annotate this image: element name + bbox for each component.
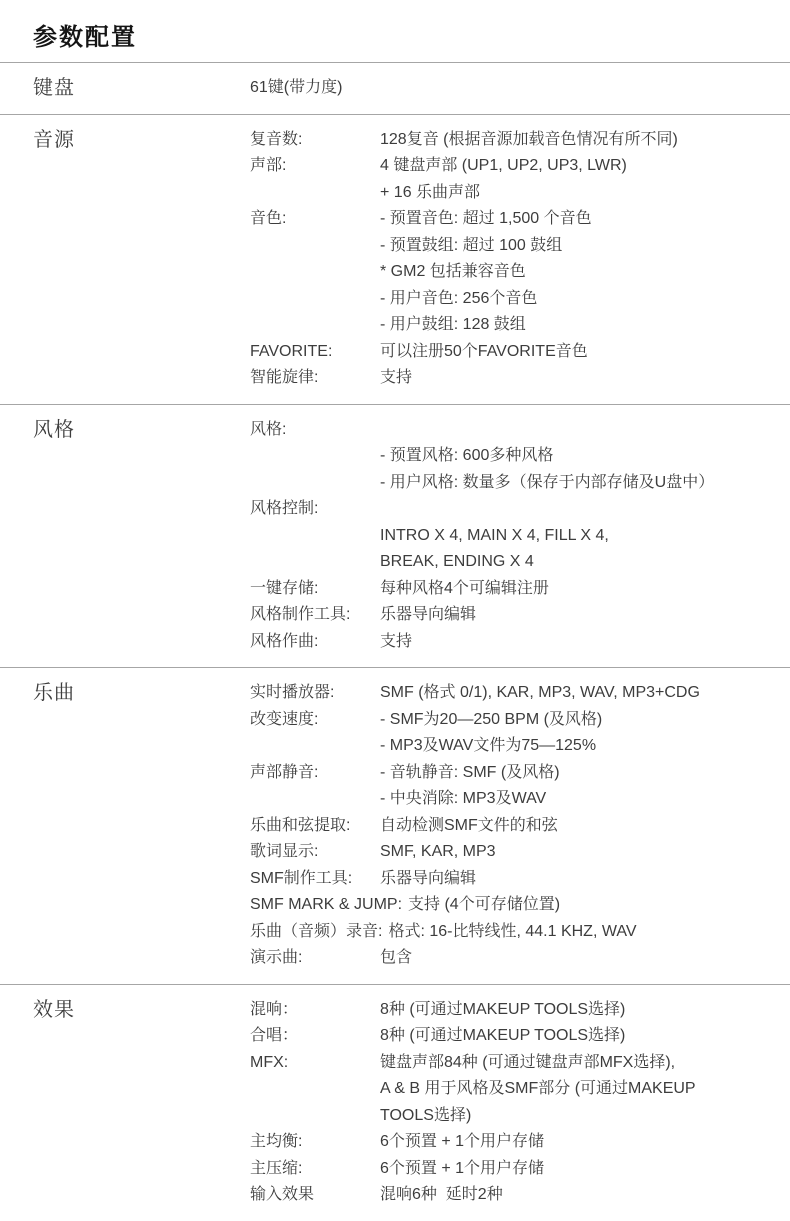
section-name: 键盘: [0, 75, 250, 102]
spec-value: 6个预置 + 1个用户存储: [380, 1156, 790, 1183]
spec-label: 主均衡:: [250, 1129, 380, 1156]
spec-label: 混响：: [250, 997, 380, 1024]
section-rows: 复音数: 128复音 (根据音源加载音色情况有所不同) 声部: 4 键盘声部 (…: [250, 127, 790, 392]
spec-value: - 中央消除: MP3及WAV: [380, 786, 790, 813]
spec-label: 复音数:: [250, 127, 380, 154]
spec-row: A & B 用于风格及SMF部分 (可通过MAKEUP: [250, 1076, 790, 1103]
spec-row: 风格:: [250, 417, 790, 444]
spec-value: + 16 乐曲声部: [380, 180, 790, 207]
spec-row: 风格制作工具: 乐器导向编辑: [250, 602, 790, 629]
spec-row: + 16 乐曲声部: [250, 180, 790, 207]
spec-row: 一键存储: 每种风格4个可编辑注册: [250, 576, 790, 603]
spec-label: 乐曲（音频）录音:: [250, 919, 388, 946]
spec-value: - 用户音色: 256个音色: [380, 286, 790, 313]
spec-section: 音源 复音数: 128复音 (根据音源加载音色情况有所不同) 声部: 4 键盘声…: [0, 115, 790, 405]
spec-value: BREAK, ENDING X 4: [380, 549, 790, 576]
spec-row: 风格控制:: [250, 496, 790, 523]
spec-row: 演示曲: 包含: [250, 945, 790, 972]
spec-row: 主压缩: 6个预置 + 1个用户存储: [250, 1156, 790, 1183]
spec-section: 乐曲 实时播放器: SMF (格式 0/1), KAR, MP3, WAV, M…: [0, 668, 790, 985]
spec-row: TOOLS选择): [250, 1103, 790, 1130]
spec-row: FAVORITE: 可以注册50个FAVORITE音色: [250, 339, 790, 366]
spec-label: FAVORITE:: [250, 339, 380, 366]
spec-value: - 预置风格: 600多种风格: [380, 443, 790, 470]
section-name: 乐曲: [0, 680, 250, 707]
section-rows: 混响： 8种 (可通过MAKEUP TOOLS选择) 合唱： 8种 (可通过MA…: [250, 997, 790, 1209]
spec-value: - 音轨静音: SMF (及风格): [380, 760, 790, 787]
page-title: 参数配置: [0, 0, 790, 62]
spec-label: 声部:: [250, 153, 380, 180]
spec-value: - 预置音色: 超过 1,500 个音色: [380, 206, 790, 233]
section-name: 效果: [0, 997, 250, 1024]
spec-row: 智能旋律: 支持: [250, 365, 790, 392]
spec-label: 61键(带力度): [250, 75, 380, 102]
spec-label: 歌词显示:: [250, 839, 380, 866]
spec-row: 乐曲（音频）录音: 格式: 16-比特线性, 44.1 KHZ, WAV: [250, 919, 790, 946]
spec-row: - 中央消除: MP3及WAV: [250, 786, 790, 813]
spec-value: - 用户风格: 数量多（保存于内部存储及U盘中）: [380, 470, 790, 497]
section-rows: 风格: - 预置风格: 600多种风格 - 用户风格: 数量多（保存于内部存储及…: [250, 417, 790, 656]
spec-label: SMF制作工具:: [250, 866, 380, 893]
spec-row: 实时播放器: SMF (格式 0/1), KAR, MP3, WAV, MP3+…: [250, 680, 790, 707]
spec-row: 改变速度: - SMF为20—250 BPM (及风格): [250, 707, 790, 734]
spec-table: 键盘 61键(带力度) 音源 复音数: 128复音 (根据音源加载音色情况有所不…: [0, 62, 790, 1221]
spec-row: - 用户音色: 256个音色: [250, 286, 790, 313]
spec-label: 风格作曲:: [250, 629, 380, 656]
spec-row: 61键(带力度): [250, 75, 790, 102]
spec-row: MFX: 键盘声部84种 (可通过键盘声部MFX选择),: [250, 1050, 790, 1077]
spec-label: 演示曲:: [250, 945, 380, 972]
spec-value: - 用户鼓组: 128 鼓组: [380, 312, 790, 339]
spec-row: - 用户风格: 数量多（保存于内部存储及U盘中）: [250, 470, 790, 497]
spec-row: 风格作曲: 支持: [250, 629, 790, 656]
spec-label: 主压缩:: [250, 1156, 380, 1183]
spec-value: - SMF为20—250 BPM (及风格): [380, 707, 790, 734]
spec-value: SMF (格式 0/1), KAR, MP3, WAV, MP3+CDG: [380, 680, 790, 707]
spec-section: 键盘 61键(带力度): [0, 63, 790, 115]
spec-label: SMF MARK & JUMP:: [250, 892, 408, 919]
spec-value: 格式: 16-比特线性, 44.1 KHZ, WAV: [388, 919, 790, 946]
spec-value: 8种 (可通过MAKEUP TOOLS选择): [380, 1023, 790, 1050]
spec-value: - MP3及WAV文件为75—125%: [380, 733, 790, 760]
spec-value: 乐器导向编辑: [380, 602, 790, 629]
spec-value: 乐器导向编辑: [380, 866, 790, 893]
spec-label: 一键存储:: [250, 576, 380, 603]
spec-value: 支持: [380, 365, 790, 392]
spec-label: 音色:: [250, 206, 380, 233]
spec-value: 每种风格4个可编辑注册: [380, 576, 790, 603]
spec-value: 混响6种 延时2种: [380, 1182, 790, 1209]
spec-value: 128复音 (根据音源加载音色情况有所不同): [380, 127, 790, 154]
spec-row: SMF MARK & JUMP: 支持 (4个可存储位置): [250, 892, 790, 919]
section-rows: 实时播放器: SMF (格式 0/1), KAR, MP3, WAV, MP3+…: [250, 680, 790, 972]
spec-row: 混响： 8种 (可通过MAKEUP TOOLS选择): [250, 997, 790, 1024]
spec-row: 声部静音: - 音轨静音: SMF (及风格): [250, 760, 790, 787]
spec-row: 歌词显示: SMF, KAR, MP3: [250, 839, 790, 866]
spec-label: 智能旋律:: [250, 365, 380, 392]
spec-row: - 预置风格: 600多种风格: [250, 443, 790, 470]
spec-row: * GM2 包括兼容音色: [250, 259, 790, 286]
spec-row: 主均衡: 6个预置 + 1个用户存储: [250, 1129, 790, 1156]
spec-label: MFX:: [250, 1050, 380, 1077]
spec-row: - 用户鼓组: 128 鼓组: [250, 312, 790, 339]
spec-row: 输入效果 混响6种 延时2种: [250, 1182, 790, 1209]
spec-value: SMF, KAR, MP3: [380, 839, 790, 866]
spec-label: 实时播放器:: [250, 680, 380, 707]
spec-label: 改变速度:: [250, 707, 380, 734]
spec-value: 4 键盘声部 (UP1, UP2, UP3, LWR): [380, 153, 790, 180]
spec-value: 支持: [380, 629, 790, 656]
spec-value: 包含: [380, 945, 790, 972]
section-name: 风格: [0, 417, 250, 444]
spec-label: 风格控制:: [250, 496, 380, 523]
spec-value: * GM2 包括兼容音色: [380, 259, 790, 286]
spec-value: 键盘声部84种 (可通过键盘声部MFX选择),: [380, 1050, 790, 1077]
spec-row: 声部: 4 键盘声部 (UP1, UP2, UP3, LWR): [250, 153, 790, 180]
spec-value: 8种 (可通过MAKEUP TOOLS选择): [380, 997, 790, 1024]
spec-row: 音色: - 预置音色: 超过 1,500 个音色: [250, 206, 790, 233]
spec-value: 6个预置 + 1个用户存储: [380, 1129, 790, 1156]
section-rows: 61键(带力度): [250, 75, 790, 102]
spec-value: INTRO X 4, MAIN X 4, FILL X 4,: [380, 523, 790, 550]
spec-value: A & B 用于风格及SMF部分 (可通过MAKEUP: [380, 1076, 790, 1103]
spec-value: 自动检测SMF文件的和弦: [380, 813, 790, 840]
spec-row: - 预置鼓组: 超过 100 鼓组: [250, 233, 790, 260]
spec-label: 风格制作工具:: [250, 602, 380, 629]
spec-value: - 预置鼓组: 超过 100 鼓组: [380, 233, 790, 260]
spec-label: 乐曲和弦提取:: [250, 813, 380, 840]
spec-value: TOOLS选择): [380, 1103, 790, 1130]
spec-row: 复音数: 128复音 (根据音源加载音色情况有所不同): [250, 127, 790, 154]
spec-row: SMF制作工具: 乐器导向编辑: [250, 866, 790, 893]
spec-row: BREAK, ENDING X 4: [250, 549, 790, 576]
spec-section: 风格 风格: - 预置风格: 600多种风格 - 用户风格: 数量多（保存于内部…: [0, 405, 790, 669]
spec-label: 风格:: [250, 417, 380, 444]
spec-row: - MP3及WAV文件为75—125%: [250, 733, 790, 760]
spec-label: 声部静音:: [250, 760, 380, 787]
spec-label: 合唱：: [250, 1023, 380, 1050]
spec-section: 效果 混响： 8种 (可通过MAKEUP TOOLS选择) 合唱： 8种 (可通…: [0, 985, 790, 1221]
spec-value: 可以注册50个FAVORITE音色: [380, 339, 790, 366]
spec-row: INTRO X 4, MAIN X 4, FILL X 4,: [250, 523, 790, 550]
spec-label: 输入效果: [250, 1182, 380, 1209]
spec-row: 合唱： 8种 (可通过MAKEUP TOOLS选择): [250, 1023, 790, 1050]
spec-row: 乐曲和弦提取: 自动检测SMF文件的和弦: [250, 813, 790, 840]
section-name: 音源: [0, 127, 250, 154]
spec-value: 支持 (4个可存储位置): [408, 892, 790, 919]
